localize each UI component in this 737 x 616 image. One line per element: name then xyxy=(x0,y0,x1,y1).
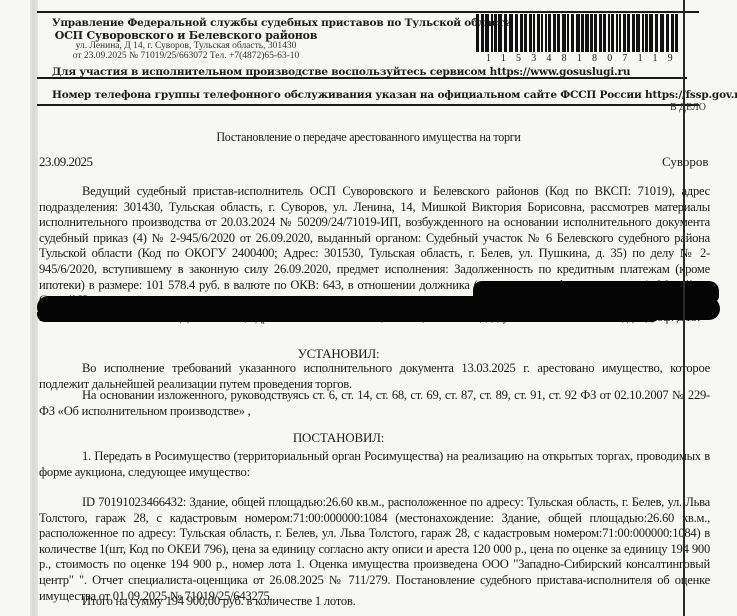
ustanovil-paragraph-2: На основании изложенного, руководствуясь… xyxy=(39,388,710,419)
document-city: Суворов xyxy=(662,154,709,170)
document-date: 23.09.2025 xyxy=(39,154,93,170)
fssp-notice: Номер телефона группы телефонного обслуж… xyxy=(52,89,737,101)
header-rule-mid xyxy=(37,77,687,79)
header-rule-top xyxy=(37,11,699,13)
scan-artifact-line xyxy=(683,0,685,616)
barcode-number: 1153481807119 xyxy=(486,53,686,64)
scanned-document-page: Управление Федеральной службы судебных п… xyxy=(0,0,737,616)
filing-stamp: В ДЕЛО xyxy=(670,102,706,113)
document-reference: от 23.09.2025 № 71019/25/663072 Тел. +7(… xyxy=(0,51,372,61)
total-line: Итого на сумму 194 900,00 руб. в количес… xyxy=(39,594,710,610)
section-heading-postanovil: ПОСТАНОВИЛ: xyxy=(0,430,707,446)
org-name-line1: Управление Федеральной службы судебных п… xyxy=(52,17,512,29)
document-title: Постановление о передаче арестованного и… xyxy=(26,129,711,145)
barcode xyxy=(476,14,681,52)
org-address: ул. Ленина, Д 14, г. Суворов, Тульская о… xyxy=(0,41,372,51)
header-rule-bottom xyxy=(37,104,699,106)
property-item-paragraph: ID 70191023466432: Здание, общей площадь… xyxy=(39,495,710,604)
postanovil-paragraph-1: 1. Передать в Росимущество (территориаль… xyxy=(39,449,710,480)
redaction-block xyxy=(37,312,660,322)
section-heading-ustanovil: УСТАНОВИЛ: xyxy=(0,346,707,362)
